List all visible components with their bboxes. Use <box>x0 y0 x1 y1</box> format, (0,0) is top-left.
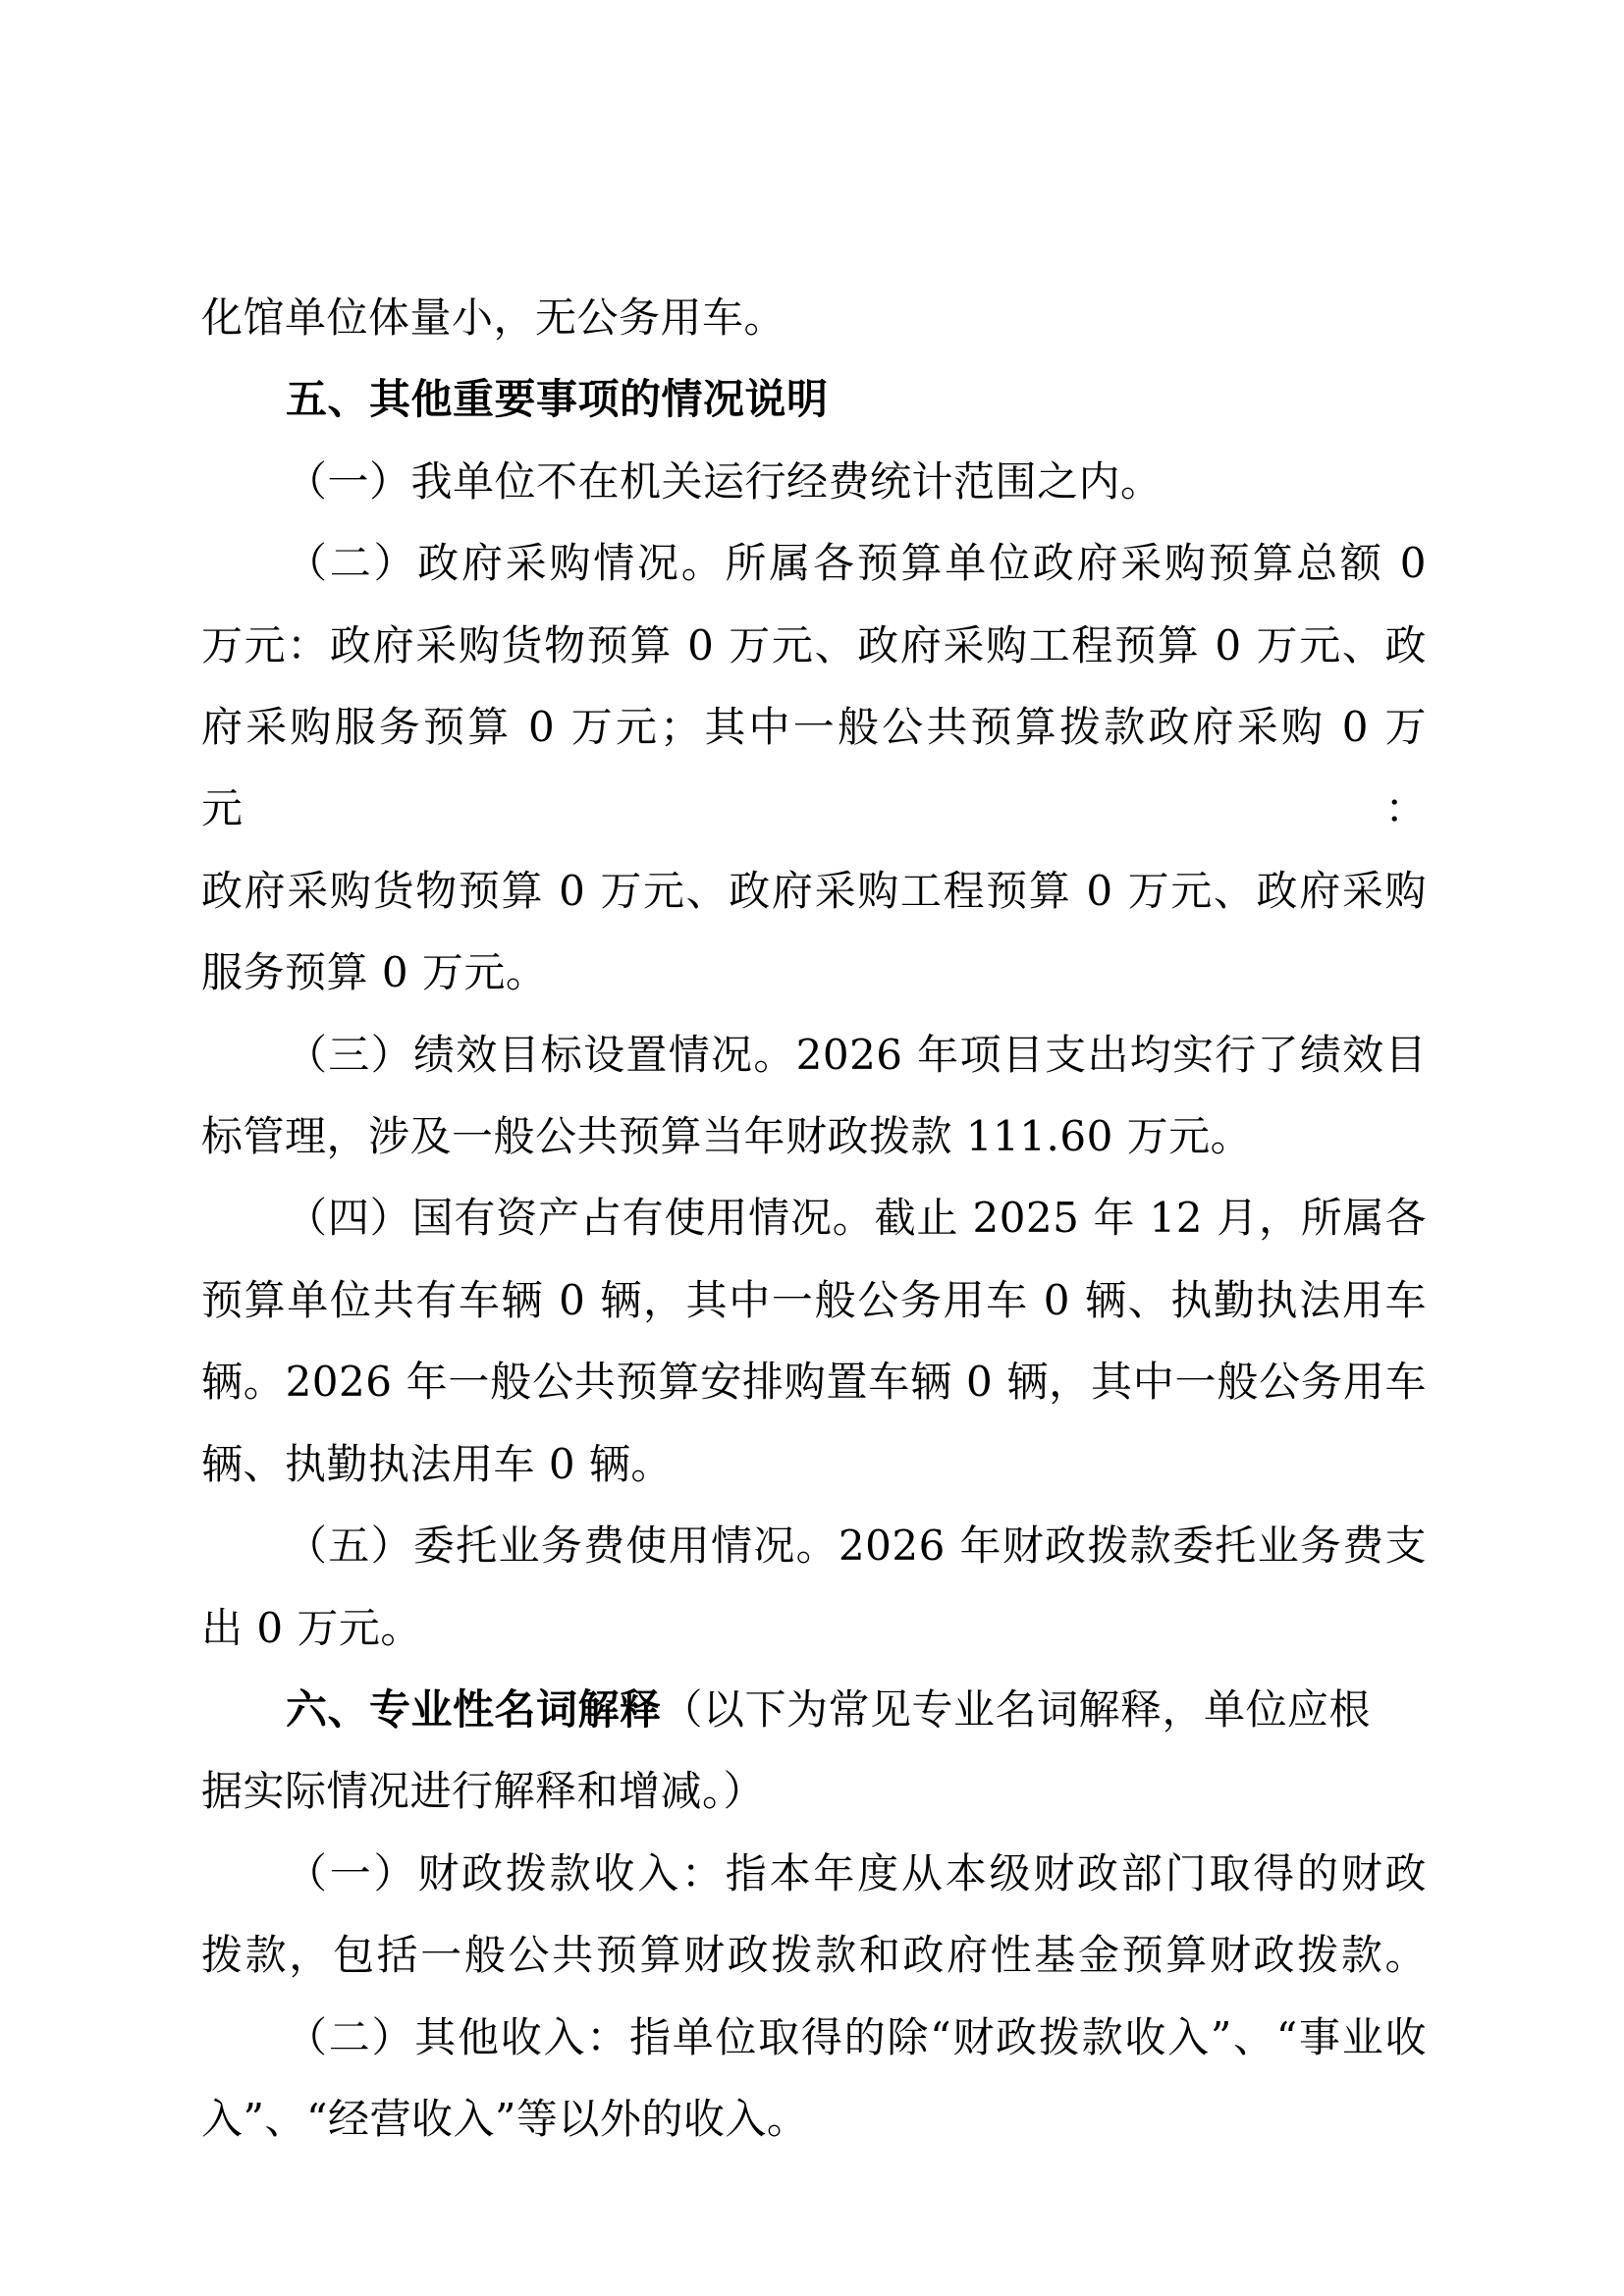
text-line-07: 政府采购货物预算 0 万元、政府采购工程预算 0 万元、政府采购 <box>201 850 1427 932</box>
heading-section-6: 六、专业性名词解释 <box>286 1685 662 1734</box>
text-line-22: 入”、“经营收入”等以外的收入。 <box>201 2078 1427 2160</box>
text-line-14: 辆、执勤执法用车 0 辆。 <box>201 1423 1427 1505</box>
document-text-block: 化馆单位体量小，无公务用车。 五、其他重要事项的情况说明 （一）我单位不在机关运… <box>201 277 1427 2160</box>
text-line-19: （一）财政拨款收入：指本年度从本级财政部门取得的财政 <box>201 1833 1427 1914</box>
text-line-05: 万元：政府采购货物预算 0 万元、政府采购工程预算 0 万元、政 <box>201 605 1427 686</box>
text-line-09: （三）绩效目标设置情况。2026 年项目支出均实行了绩效目 <box>201 1014 1427 1095</box>
document-page: 化馆单位体量小，无公务用车。 五、其他重要事项的情况说明 （一）我单位不在机关运… <box>0 0 1624 2296</box>
text-line-11: （四）国有资产占有使用情况。截止 2025 年 12 月，所属各 <box>201 1177 1427 1258</box>
text-line-17: 六、专业性名词解释（以下为常见专业名词解释，单位应根 <box>201 1669 1427 1750</box>
text-line-04: （二）政府采购情况。所属各预算单位政府采购预算总额 0 <box>201 522 1427 604</box>
text-line-01: 化馆单位体量小，无公务用车。 <box>201 277 1427 358</box>
text-line-21: （二）其他收入：指单位取得的除“财政拨款收入”、“事业收 <box>201 1997 1427 2078</box>
text-line-03: （一）我单位不在机关运行经费统计范围之内。 <box>201 441 1427 522</box>
text-line-18: 据实际情况进行解释和增减。） <box>201 1750 1427 1832</box>
text-line-08: 服务预算 0 万元。 <box>201 932 1427 1013</box>
text-line-20: 拨款，包括一般公共预算财政拨款和政府性基金预算财政拨款。 <box>201 1914 1427 1996</box>
text-line-13: 辆。2026 年一般公共预算安排购置车辆 0 辆，其中一般公务用车 <box>201 1341 1427 1422</box>
text-line-15: （五）委托业务费使用情况。2026 年财政拨款委托业务费支 <box>201 1505 1427 1586</box>
text-line-06: 府采购服务预算 0 万元；其中一般公共预算拨款政府采购 0 万元： <box>201 686 1427 850</box>
heading-section-6-rest: （以下为常见专业名词解释，单位应根 <box>662 1685 1372 1734</box>
text-line-12: 预算单位共有车辆 0 辆，其中一般公务用车 0 辆、执勤执法用车 <box>201 1259 1427 1341</box>
heading-section-5: 五、其他重要事项的情况说明 <box>201 358 1427 440</box>
text-line-10: 标管理，涉及一般公共预算当年财政拨款 111.60 万元。 <box>201 1095 1427 1177</box>
text-line-16: 出 0 万元。 <box>201 1587 1427 1669</box>
